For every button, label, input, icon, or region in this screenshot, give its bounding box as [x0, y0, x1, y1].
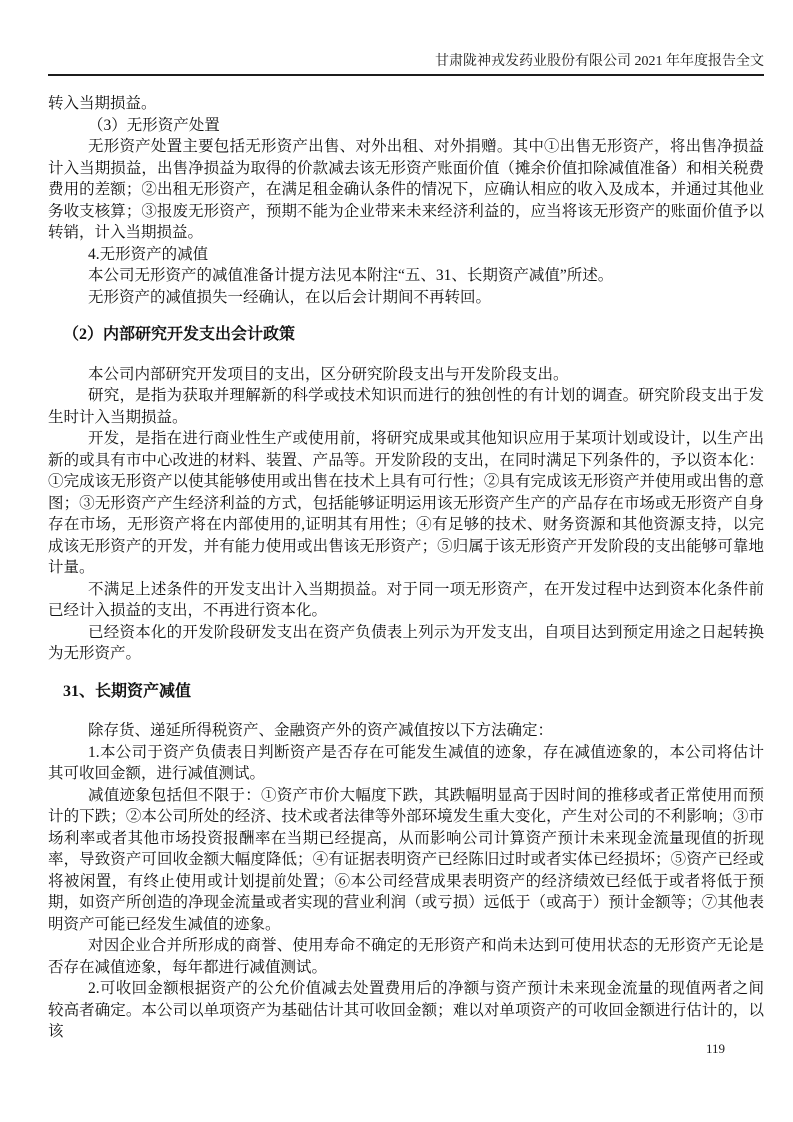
body-paragraph: 无形资产处置主要包括无形资产出售、对外出租、对外捐赠。其中①出售无形资产，将出售… [48, 136, 764, 244]
body-paragraph: 2.可收回金额根据资产的公允价值减去处置费用后的净额与资产预计未来现金流量的现值… [48, 978, 764, 1043]
body-paragraph: 对因企业合并所形成的商誉、使用寿命不确定的无形资产和尚未达到可使用状态的无形资产… [48, 935, 764, 978]
body-paragraph: 已经资本化的开发阶段研发支出在资产负债表上列示为开发支出，自项目达到预定用途之日… [48, 622, 764, 665]
body-paragraph: 本公司内部研究开发项目的支出，区分研究阶段支出与开发阶段支出。 [48, 364, 764, 386]
body-paragraph: 开发，是指在进行商业性生产或使用前，将研究成果或其他知识应用于某项计划或设计，以… [48, 428, 764, 579]
body-paragraph: 研究，是指为获取并理解新的科学或技术知识而进行的独创性的有计划的调查。研究阶段支… [48, 385, 764, 428]
body-paragraph: 减值迹象包括但不限于：①资产市价大幅度下跌，其跌幅明显高于因时间的推移或者正常使… [48, 785, 764, 936]
body-paragraph: 不满足上述条件的开发支出计入当期损益。对于同一项无形资产，在开发过程中达到资本化… [48, 579, 764, 622]
document-body: 转入当期损益。 （3）无形资产处置 无形资产处置主要包括无形资产出售、对外出租、… [48, 93, 764, 1043]
body-paragraph: 无形资产的减值损失一经确认，在以后会计期间不再转回。 [48, 287, 764, 309]
report-page: 甘肃陇神戎发药业股份有限公司 2021 年年度报告全文 转入当期损益。 （3）无… [0, 0, 793, 1122]
header-rule [48, 74, 764, 76]
section-heading-rd-policy: （2）内部研究开发支出会计政策 [48, 324, 764, 346]
body-paragraph: 本公司无形资产的减值准备计提方法见本附注“五、31、长期资产减值”所述。 [48, 265, 764, 287]
page-number: 119 [706, 1041, 725, 1057]
body-paragraph: 除存货、递延所得税资产、金融资产外的资产减值按以下方法确定： [48, 720, 764, 742]
paragraph-continuation: 转入当期损益。 [48, 93, 764, 115]
page-header-title: 甘肃陇神戎发药业股份有限公司 2021 年年度报告全文 [48, 53, 764, 71]
subitem-heading-disposal: （3）无形资产处置 [48, 115, 764, 137]
subitem-heading-impairment: 4.无形资产的减值 [48, 244, 764, 266]
body-paragraph: 1.本公司于资产负债表日判断资产是否存在可能发生减值的迹象，存在减值迹象的，本公… [48, 742, 764, 785]
section-heading-long-term-impairment: 31、长期资产减值 [48, 681, 764, 703]
